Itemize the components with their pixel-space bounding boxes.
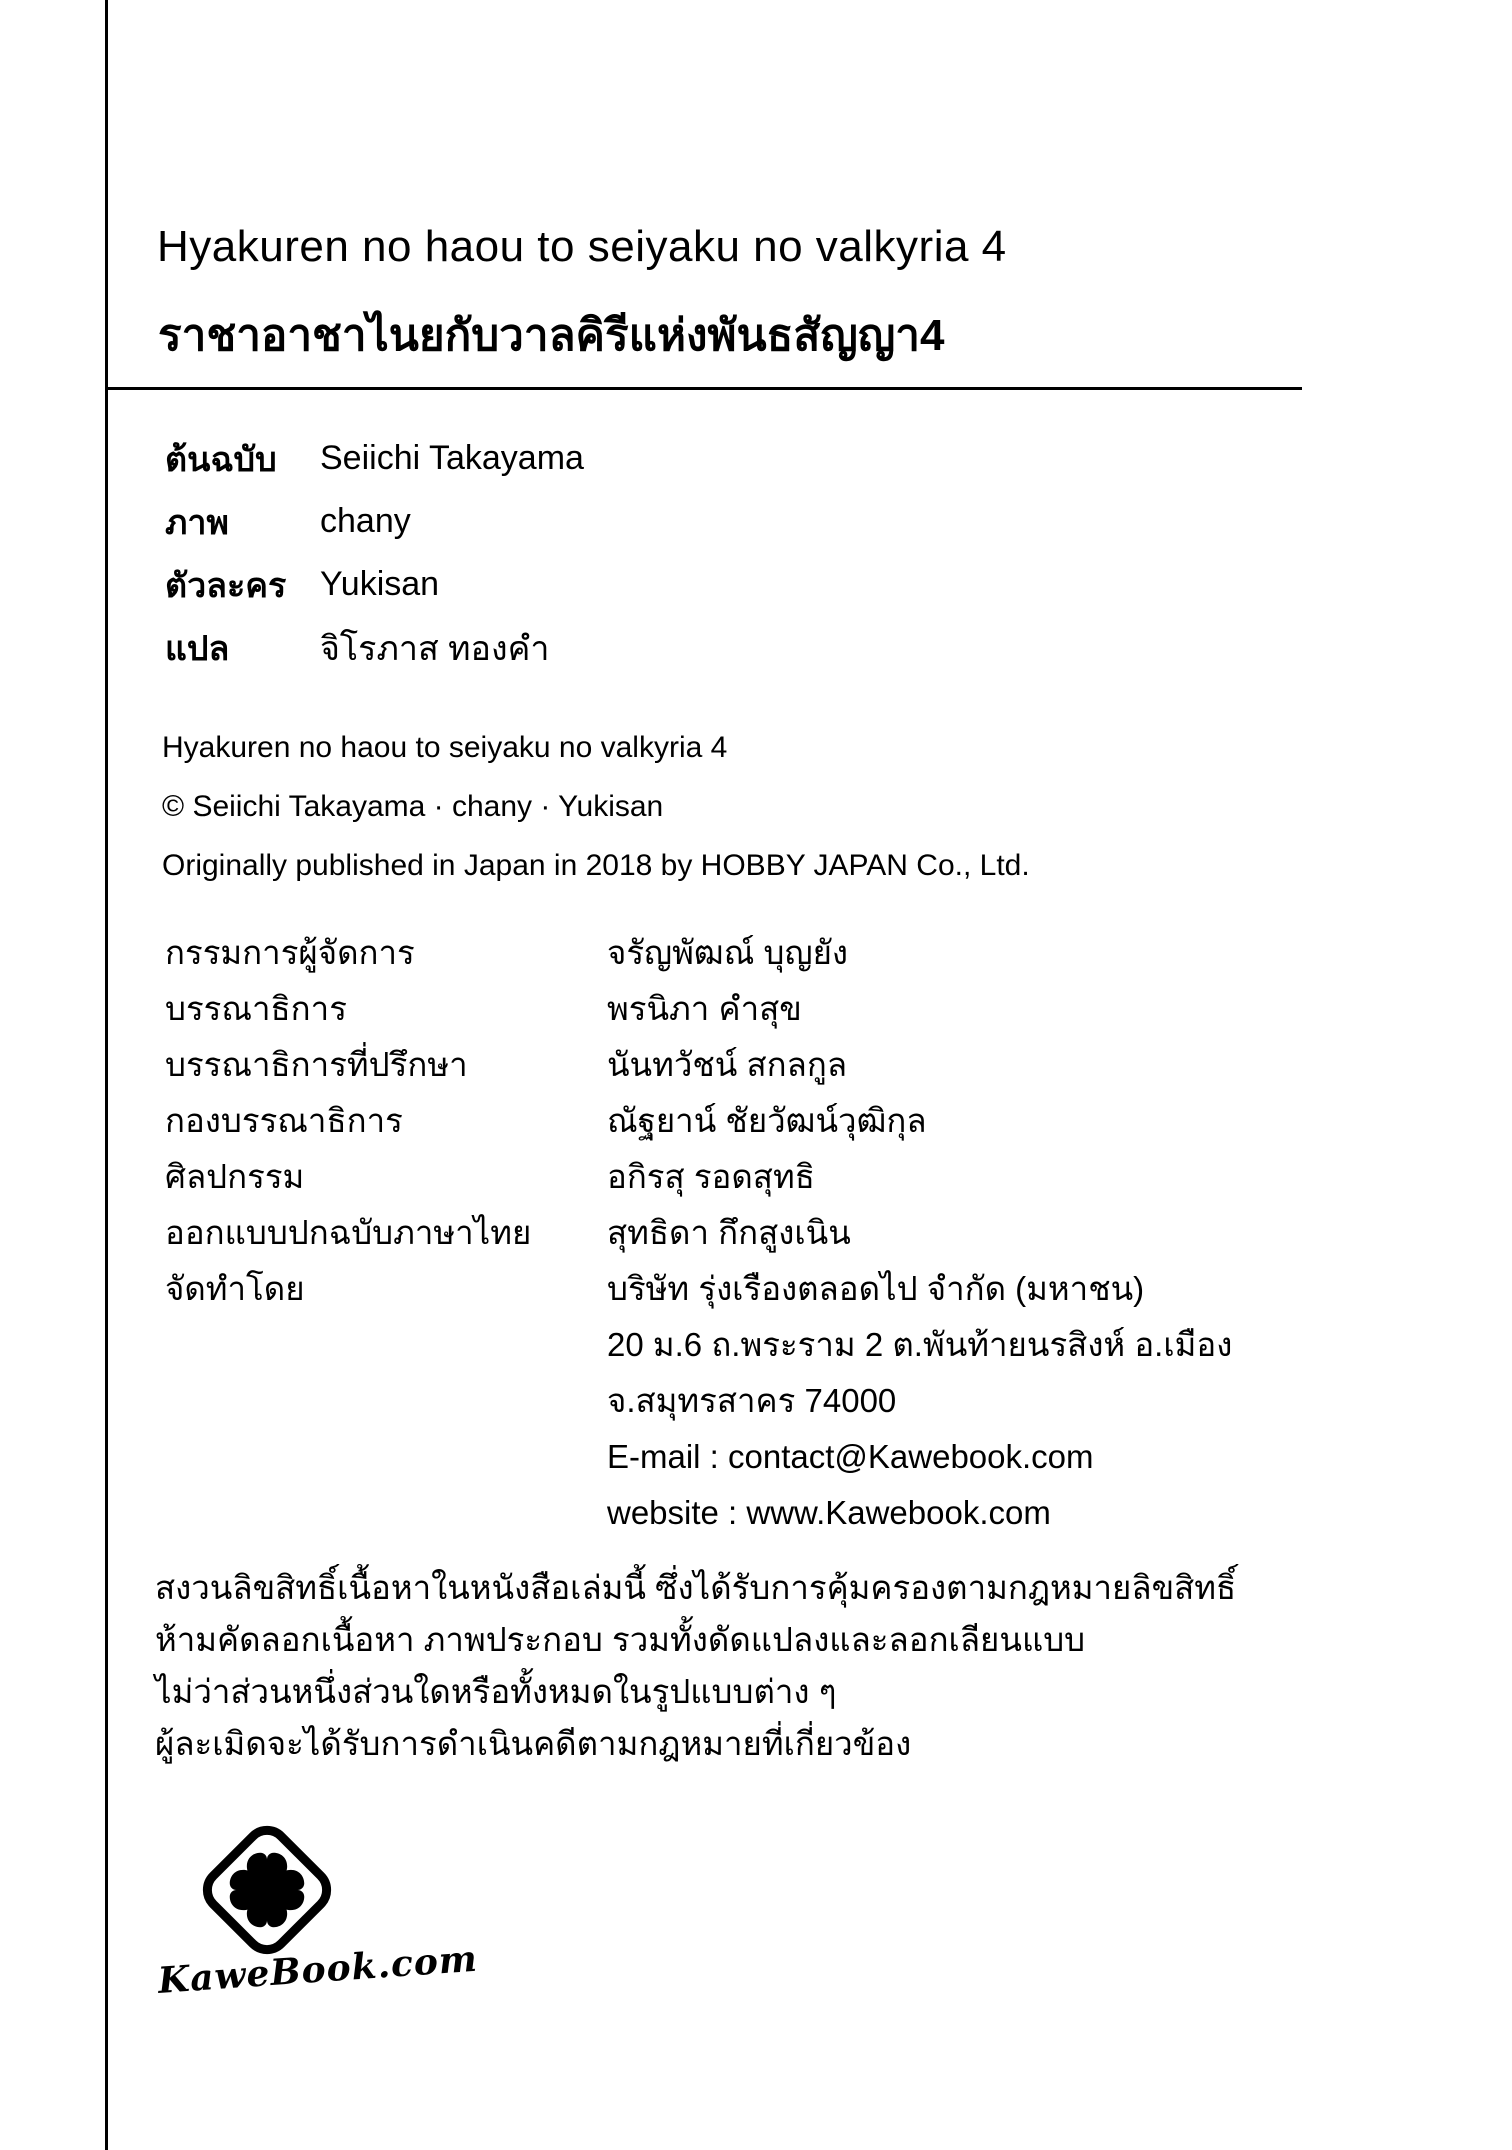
book-title-latin: Hyakuren no haou to seiyaku no valkyria …	[157, 222, 1007, 272]
publisher-website: website : www.Kawebook.com	[607, 1485, 1232, 1541]
staff-role-label: ศิลปกรรม	[165, 1149, 607, 1205]
rights-notice-line: สงวนลิขสิทธิ์เนื้อหาในหนังสือเล่มนี้ ซึ่…	[155, 1562, 1236, 1614]
credit-row: ต้นฉบับ Seiichi Takayama	[165, 427, 584, 490]
credit-label: ภาพ	[165, 495, 320, 549]
left-border-rule	[105, 0, 108, 2150]
rights-notice-line: ไม่ว่าส่วนหนึ่งส่วนใดหรือทั้งหมดในรูปแบบ…	[155, 1666, 1236, 1718]
clover-diamond-logo-icon	[197, 1820, 337, 1960]
staff-row: ศิลปกรรม อกิรสุ รอดสุทธิ	[165, 1149, 1232, 1205]
staff-name: พรนิภา คำสุข	[607, 981, 802, 1037]
credit-value: chany	[320, 502, 411, 541]
credit-row: ภาพ chany	[165, 490, 584, 553]
staff-name: นันทวัชน์ สกลกูล	[607, 1037, 847, 1093]
colophon-page: Hyakuren no haou to seiyaku no valkyria …	[0, 0, 1512, 2150]
credit-label: แปล	[165, 621, 320, 675]
copyright-line: Originally published in Japan in 2018 by…	[162, 836, 1030, 895]
title-divider-rule	[107, 387, 1302, 390]
staff-row: กองบรรณาธิการ ณัฐยาน์ ชัยวัฒน์วุฒิกุล	[165, 1093, 1232, 1149]
publisher-address-line: 20 ม.6 ถ.พระราม 2 ต.พันท้ายนรสิงห์ อ.เมื…	[607, 1317, 1232, 1373]
credit-row: ตัวละคร Yukisan	[165, 553, 584, 616]
staff-name: สุทธิดา กึกสูงเนิน	[607, 1205, 851, 1261]
rights-notice: สงวนลิขสิทธิ์เนื้อหาในหนังสือเล่มนี้ ซึ่…	[155, 1562, 1236, 1770]
staff-name: ณัฐยาน์ ชัยวัฒน์วุฒิกุล	[607, 1093, 927, 1149]
credit-value: Yukisan	[320, 565, 439, 604]
staff-row: ออกแบบปกฉบับภาษาไทย สุทธิดา กึกสูงเนิน	[165, 1205, 1232, 1261]
staff-list: กรรมการผู้จัดการ จรัญพัฒณ์ บุญยัง บรรณาธ…	[165, 925, 1232, 1541]
staff-role-label: จัดทำโดย	[165, 1261, 607, 1317]
credit-value: Seiichi Takayama	[320, 439, 584, 478]
staff-row: กรรมการผู้จัดการ จรัญพัฒณ์ บุญยัง	[165, 925, 1232, 981]
credit-value: จิโรภาส ทองคำ	[320, 621, 549, 675]
book-title-thai: ราชาอาชาไนยกับวาลคิรีแห่งพันธสัญญา4	[158, 300, 944, 370]
staff-name: อกิรสุ รอดสุทธิ	[607, 1149, 815, 1205]
credit-label: ต้นฉบับ	[165, 432, 320, 486]
staff-role-label: กรรมการผู้จัดการ	[165, 925, 607, 981]
staff-row: บรรณาธิการที่ปรึกษา นันทวัชน์ สกลกูล	[165, 1037, 1232, 1093]
copyright-line: Hyakuren no haou to seiyaku no valkyria …	[162, 718, 1030, 777]
publisher-email: E-mail : contact@Kawebook.com	[607, 1429, 1232, 1485]
copyright-block: Hyakuren no haou to seiyaku no valkyria …	[162, 718, 1030, 895]
credits-list: ต้นฉบับ Seiichi Takayama ภาพ chany ตัวละ…	[165, 427, 584, 679]
staff-role-label: บรรณาธิการ	[165, 981, 607, 1037]
staff-role-label: ออกแบบปกฉบับภาษาไทย	[165, 1205, 607, 1261]
staff-row: บรรณาธิการ พรนิภา คำสุข	[165, 981, 1232, 1037]
credit-label: ตัวละคร	[165, 558, 320, 612]
staff-role-label: กองบรรณาธิการ	[165, 1093, 607, 1149]
publisher-name: บริษัท รุ่งเรืองตลอดไป จำกัด (มหาชน)	[607, 1261, 1232, 1317]
credit-row: แปล จิโรภาส ทองคำ	[165, 616, 584, 679]
staff-name: จรัญพัฒณ์ บุญยัง	[607, 925, 848, 981]
staff-row-publisher: จัดทำโดย บริษัท รุ่งเรืองตลอดไป จำกัด (ม…	[165, 1261, 1232, 1541]
copyright-line: © Seiichi Takayama · chany · Yukisan	[162, 777, 1030, 836]
publisher-details: บริษัท รุ่งเรืองตลอดไป จำกัด (มหาชน) 20 …	[607, 1261, 1232, 1541]
rights-notice-line: ผู้ละเมิดจะได้รับการดำเนินคดีตามกฎหมายที…	[155, 1718, 1236, 1770]
staff-role-label: บรรณาธิการที่ปรึกษา	[165, 1037, 607, 1093]
publisher-address-line: จ.สมุทรสาคร 74000	[607, 1373, 1232, 1429]
rights-notice-line: ห้ามคัดลอกเนื้อหา ภาพประกอบ รวมทั้งดัดแป…	[155, 1614, 1236, 1666]
